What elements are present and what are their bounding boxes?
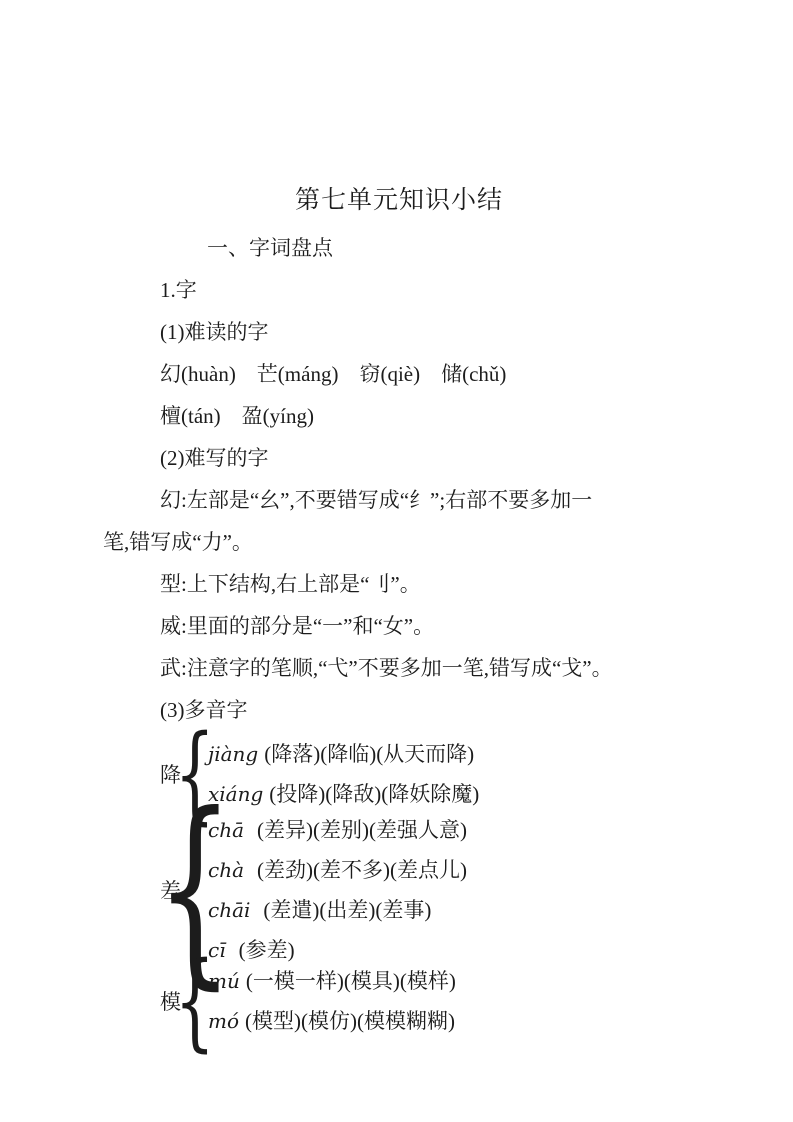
polyphone-group-mo: 模 { mú(一模一样)(模具)(模样) mó(模型)(模仿)(模模糊糊) [103,960,695,1043]
polyphone-row: chā(差异)(差别)(差强人意) [208,810,467,850]
example-words: (降落)(降临)(从天而降) [264,742,474,766]
example-words: (一模一样)(模具)(模样) [246,969,456,993]
note-wu: 武:注意字的笔顺,“弋”不要多加一笔,错写成“戈”。 [103,647,695,689]
subheading-hard-to-read: (1)难读的字 [103,311,695,353]
note-huan-line-2: 笔,错写成“力”。 [103,521,695,563]
note-xing: 型:上下结构,右上部是“刂”。 [103,563,695,605]
polyphone-row: chà(差劲)(差不多)(差点儿) [208,850,467,890]
polyphone-row: jiàng(降落)(降临)(从天而降) [208,734,479,774]
polyphone-row: mó(模型)(模仿)(模模糊糊) [208,1001,456,1041]
note-huan-line-1: 幻:左部是“幺”,不要错写成“纟”;右部不要多加一 [103,479,695,521]
subheading-characters: 1.字 [103,269,695,311]
example-words: (差异)(差别)(差强人意) [257,818,467,842]
example-words: (参差) [239,938,295,962]
polyphone-rows: mú(一模一样)(模具)(模样) mó(模型)(模仿)(模模糊糊) [208,961,456,1041]
polyphone-rows: chā(差异)(差别)(差强人意) chà(差劲)(差不多)(差点儿) chāi… [208,810,467,970]
example-words: (差遣)(出差)(差事) [263,898,431,922]
polyphone-row: chāi(差遣)(出差)(差事) [208,890,467,930]
pinyin: jiàng [208,742,258,766]
page-title: 第七单元知识小结 [103,185,695,217]
document-page: 第七单元知识小结 一、字词盘点 1.字 (1)难读的字 幻(huàn) 芒(má… [0,0,793,1122]
subheading-hard-to-write: (2)难写的字 [103,437,695,479]
example-words: (差劲)(差不多)(差点儿) [257,858,467,882]
note-wei: 威:里面的部分是“一”和“女”。 [103,605,695,647]
left-brace-icon: { [183,960,207,1043]
section-heading-word-inventory: 一、字词盘点 [103,227,695,269]
hard-read-list-row-1: 幻(huàn) 芒(máng) 窃(qiè) 储(chǔ) [103,353,695,395]
document-body: 第七单元知识小结 一、字词盘点 1.字 (1)难读的字 幻(huàn) 芒(má… [103,185,695,1042]
example-words: (模型)(模仿)(模模糊糊) [245,1009,455,1033]
polyphone-row: mú(一模一样)(模具)(模样) [208,961,456,1001]
polyphone-row: xiáng(投降)(降敌)(降妖除魔) [208,774,479,814]
example-words: (投降)(降敌)(降妖除魔) [269,782,479,806]
hard-read-list-row-2: 檀(tán) 盈(yíng) [103,395,695,437]
polyphone-rows: jiàng(降落)(降临)(从天而降) xiáng(投降)(降敌)(降妖除魔) [208,734,479,814]
